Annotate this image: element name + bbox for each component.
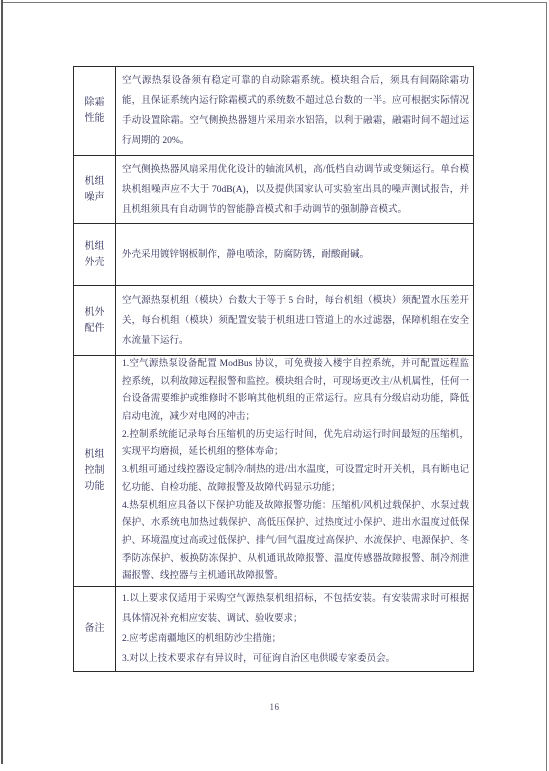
row-header-defrost-performance: 除霜 性能 (74, 67, 116, 155)
row-header-unit-casing: 机组 外壳 (74, 224, 116, 285)
table-row-remarks: 备注 1.以上要求仅适用于采购空气源热泵机组招标，不包括安装。有安装需求时可根据… (74, 586, 473, 671)
row-header-external-accessories: 机外 配件 (74, 286, 116, 355)
row-header-unit-noise: 机组 噪声 (74, 156, 116, 223)
table-row-defrost-performance: 除霜 性能 空气源热泵设备须有稳定可靠的自动除霜系统。模块组合后，须具有间隔除霜… (74, 67, 473, 155)
row-header-remarks: 备注 (74, 587, 116, 671)
table-row-control-functions: 机组 控制 功能 1.空气源热泵设备配置 ModBus 协议，可免费接入楼宇自控… (74, 355, 473, 586)
cell-unit-noise: 空气侧换热器风扇采用优化设计的轴流风机，高/低档自动调节或变频运行。单台模块机组… (116, 156, 473, 223)
table-row-unit-noise: 机组 噪声 空气侧换热器风扇采用优化设计的轴流风机，高/低档自动调节或变频运行。… (74, 155, 473, 223)
spec-table: 除霜 性能 空气源热泵设备须有稳定可靠的自动除霜系统。模块组合后，须具有间隔除霜… (73, 66, 474, 672)
table-row-external-accessories: 机外 配件 空气源热泵机组（模块）台数大于等于 5 台时，每台机组（模块）须配置… (74, 285, 473, 355)
page-top-edge-line (3, 2, 546, 3)
document-page: 除霜 性能 空气源热泵设备须有稳定可靠的自动除霜系统。模块组合后，须具有间隔除霜… (0, 0, 549, 771)
cell-unit-casing: 外壳采用镀锌钢板制作，静电喷涂，防腐防锈，耐酸耐碱。 (116, 224, 473, 285)
page-right-edge-line (546, 2, 547, 771)
row-header-control-functions: 机组 控制 功能 (74, 356, 116, 586)
table-row-unit-casing: 机组 外壳 外壳采用镀锌钢板制作，静电喷涂，防腐防锈，耐酸耐碱。 (74, 223, 473, 285)
cell-external-accessories: 空气源热泵机组（模块）台数大于等于 5 台时，每台机组（模块）须配置水压差开关，… (116, 286, 473, 355)
cell-control-functions: 1.空气源热泵设备配置 ModBus 协议，可免费接入楼宇自控系统，并可配置远程… (116, 356, 473, 586)
cell-defrost-performance: 空气源热泵设备须有稳定可靠的自动除霜系统。模块组合后，须具有间隔除霜功能，且保证… (116, 67, 473, 155)
cell-remarks: 1.以上要求仅适用于采购空气源热泵机组招标，不包括安装。有安装需求时可根据具体情… (116, 587, 473, 671)
page-number: 16 (0, 702, 549, 712)
page-left-edge-line (1, 0, 3, 764)
